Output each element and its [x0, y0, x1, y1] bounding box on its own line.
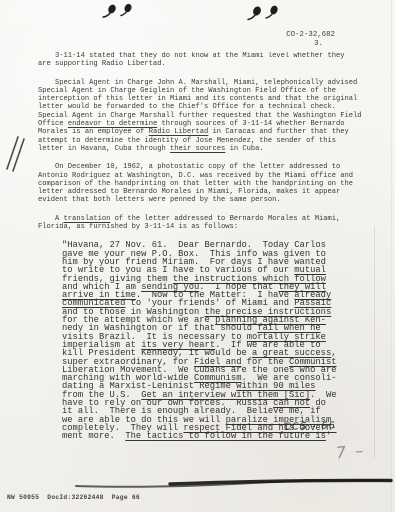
text-segment: Morales is an employee of	[38, 128, 149, 136]
text-segment: On December 10, 1962, a photostatic copy…	[38, 163, 340, 171]
text-segment: Florida, as furnished by 3-11-14 is as f…	[38, 223, 238, 231]
text-line: letter in Havana, Cuba through their sou…	[38, 145, 372, 153]
text-segment: evident that both letters were penned by…	[38, 196, 281, 204]
text-line: Morales is an employee of Radio Libertad…	[38, 128, 372, 136]
text-segment: letter in Havana, Cuba through	[38, 145, 170, 153]
underlined-text-segment: translation	[64, 215, 111, 223]
file-number: CO-2-32,682	[286, 31, 335, 39]
text-line: Antonio Rodriguez at Washington, D.C. wa…	[38, 172, 372, 180]
text-line: attempt to determine the identity of Jos…	[38, 137, 372, 145]
text-segment: in Cuba.	[225, 145, 263, 153]
underlined-text-segment: endeavor to determine	[68, 120, 157, 128]
paragraph: Special Agent in Charge John A. Marshall…	[38, 79, 372, 154]
text-line: letter addressed to Bernardo Morales in …	[38, 188, 372, 196]
text-segment: Office	[38, 120, 68, 128]
text-segment: are supporting Radio Libertad.	[38, 60, 166, 68]
text-line: evident that both letters were penned by…	[38, 196, 372, 204]
text-segment: Special Agent in Charge Marshall further…	[38, 112, 362, 120]
text-line: comparison of the handprinting on that l…	[38, 180, 372, 188]
body-paragraphs: 3-11-14 stated that they do not know at …	[38, 52, 372, 231]
text-line: interception of this letter in Miami and…	[38, 95, 372, 103]
binder-marks-icon	[0, 0, 395, 26]
text-segment: of the letter addressed to Bernardo Mora…	[110, 215, 340, 223]
text-segment: in Caracas and further that they	[208, 128, 348, 136]
handwritten-pencil-mark: 7 –	[335, 441, 366, 463]
text-segment: comparison of the handprinting on that l…	[38, 180, 353, 188]
underlined-text-segment: Radio Libertad	[149, 128, 209, 136]
text-segment: interception of this letter in Miami and…	[38, 95, 357, 103]
paragraph: A translation of the letter addressed to…	[38, 215, 372, 232]
text-line: letter would be forwarded to the Chief's…	[38, 103, 372, 111]
text-segment: '	[326, 431, 331, 441]
text-line: Special Agent in Charge Geiglein of the …	[38, 87, 372, 95]
text-line: are supporting Radio Libertad.	[38, 60, 372, 68]
text-segment: Special Agent in Charge Geiglein of the …	[38, 87, 336, 95]
underlined-text-segment: The tactics to follow in the future is	[125, 431, 326, 441]
paragraph: 3-11-14 stated that they do not know at …	[38, 52, 372, 69]
text-segment: through sources of 3-11-14 whether Berna…	[157, 120, 344, 128]
text-line: A translation of the letter addressed to…	[38, 215, 372, 223]
text-line: Special Agent in Charge Marshall further…	[38, 112, 372, 120]
text-line: 3-11-14 stated that they do not know at …	[38, 52, 372, 60]
text-column: 3-11-14 stated that they do not know at …	[38, 52, 372, 440]
text-segment: Special Agent in Charge John A. Marshall…	[38, 79, 357, 87]
text-segment: Antonio Rodriguez at Washington, D.C. wa…	[38, 172, 353, 180]
text-segment: ment more.	[62, 431, 125, 441]
text-segment: letter would be forwarded to the Chief's…	[38, 103, 336, 111]
text-segment: A	[38, 215, 64, 223]
text-segment: 3-11-14 stated that they do not know at …	[38, 52, 345, 60]
text-line: Florida, as furnished by 3-11-14 is as f…	[38, 223, 372, 231]
text-segment: letter addressed to Bernardo Morales in …	[38, 188, 340, 196]
handwritten-ccs-number: CCS - 66	[284, 420, 337, 432]
text-segment: attempt to determine the identity of Jos…	[38, 137, 336, 145]
paragraph: On December 10, 1962, a photostatic copy…	[38, 163, 372, 204]
text-line: On December 10, 1962, a photostatic copy…	[38, 163, 372, 171]
text-line: Office endeavor to determine through sou…	[38, 120, 372, 128]
underlined-text-segment: their sources	[170, 145, 225, 153]
page-edge-line	[391, 0, 392, 512]
scan-fold-line	[374, 226, 375, 458]
text-line: Special Agent in Charge John A. Marshall…	[38, 79, 372, 87]
scan-artifact-band	[0, 474, 395, 494]
document-page: CO-2-32,682 3. 3-11-14 stated that they …	[0, 0, 395, 512]
archive-footer: NW 50955 DocId:32262448 Page 66	[7, 494, 140, 501]
letter-translation: "Havana, 27 Nov. 61. Dear Bernardo. Toda…	[62, 241, 372, 440]
margin-slash-mark	[2, 134, 30, 176]
page-number: 3.	[314, 40, 323, 48]
text-line: ment more. The tactics to follow in the …	[62, 432, 372, 440]
